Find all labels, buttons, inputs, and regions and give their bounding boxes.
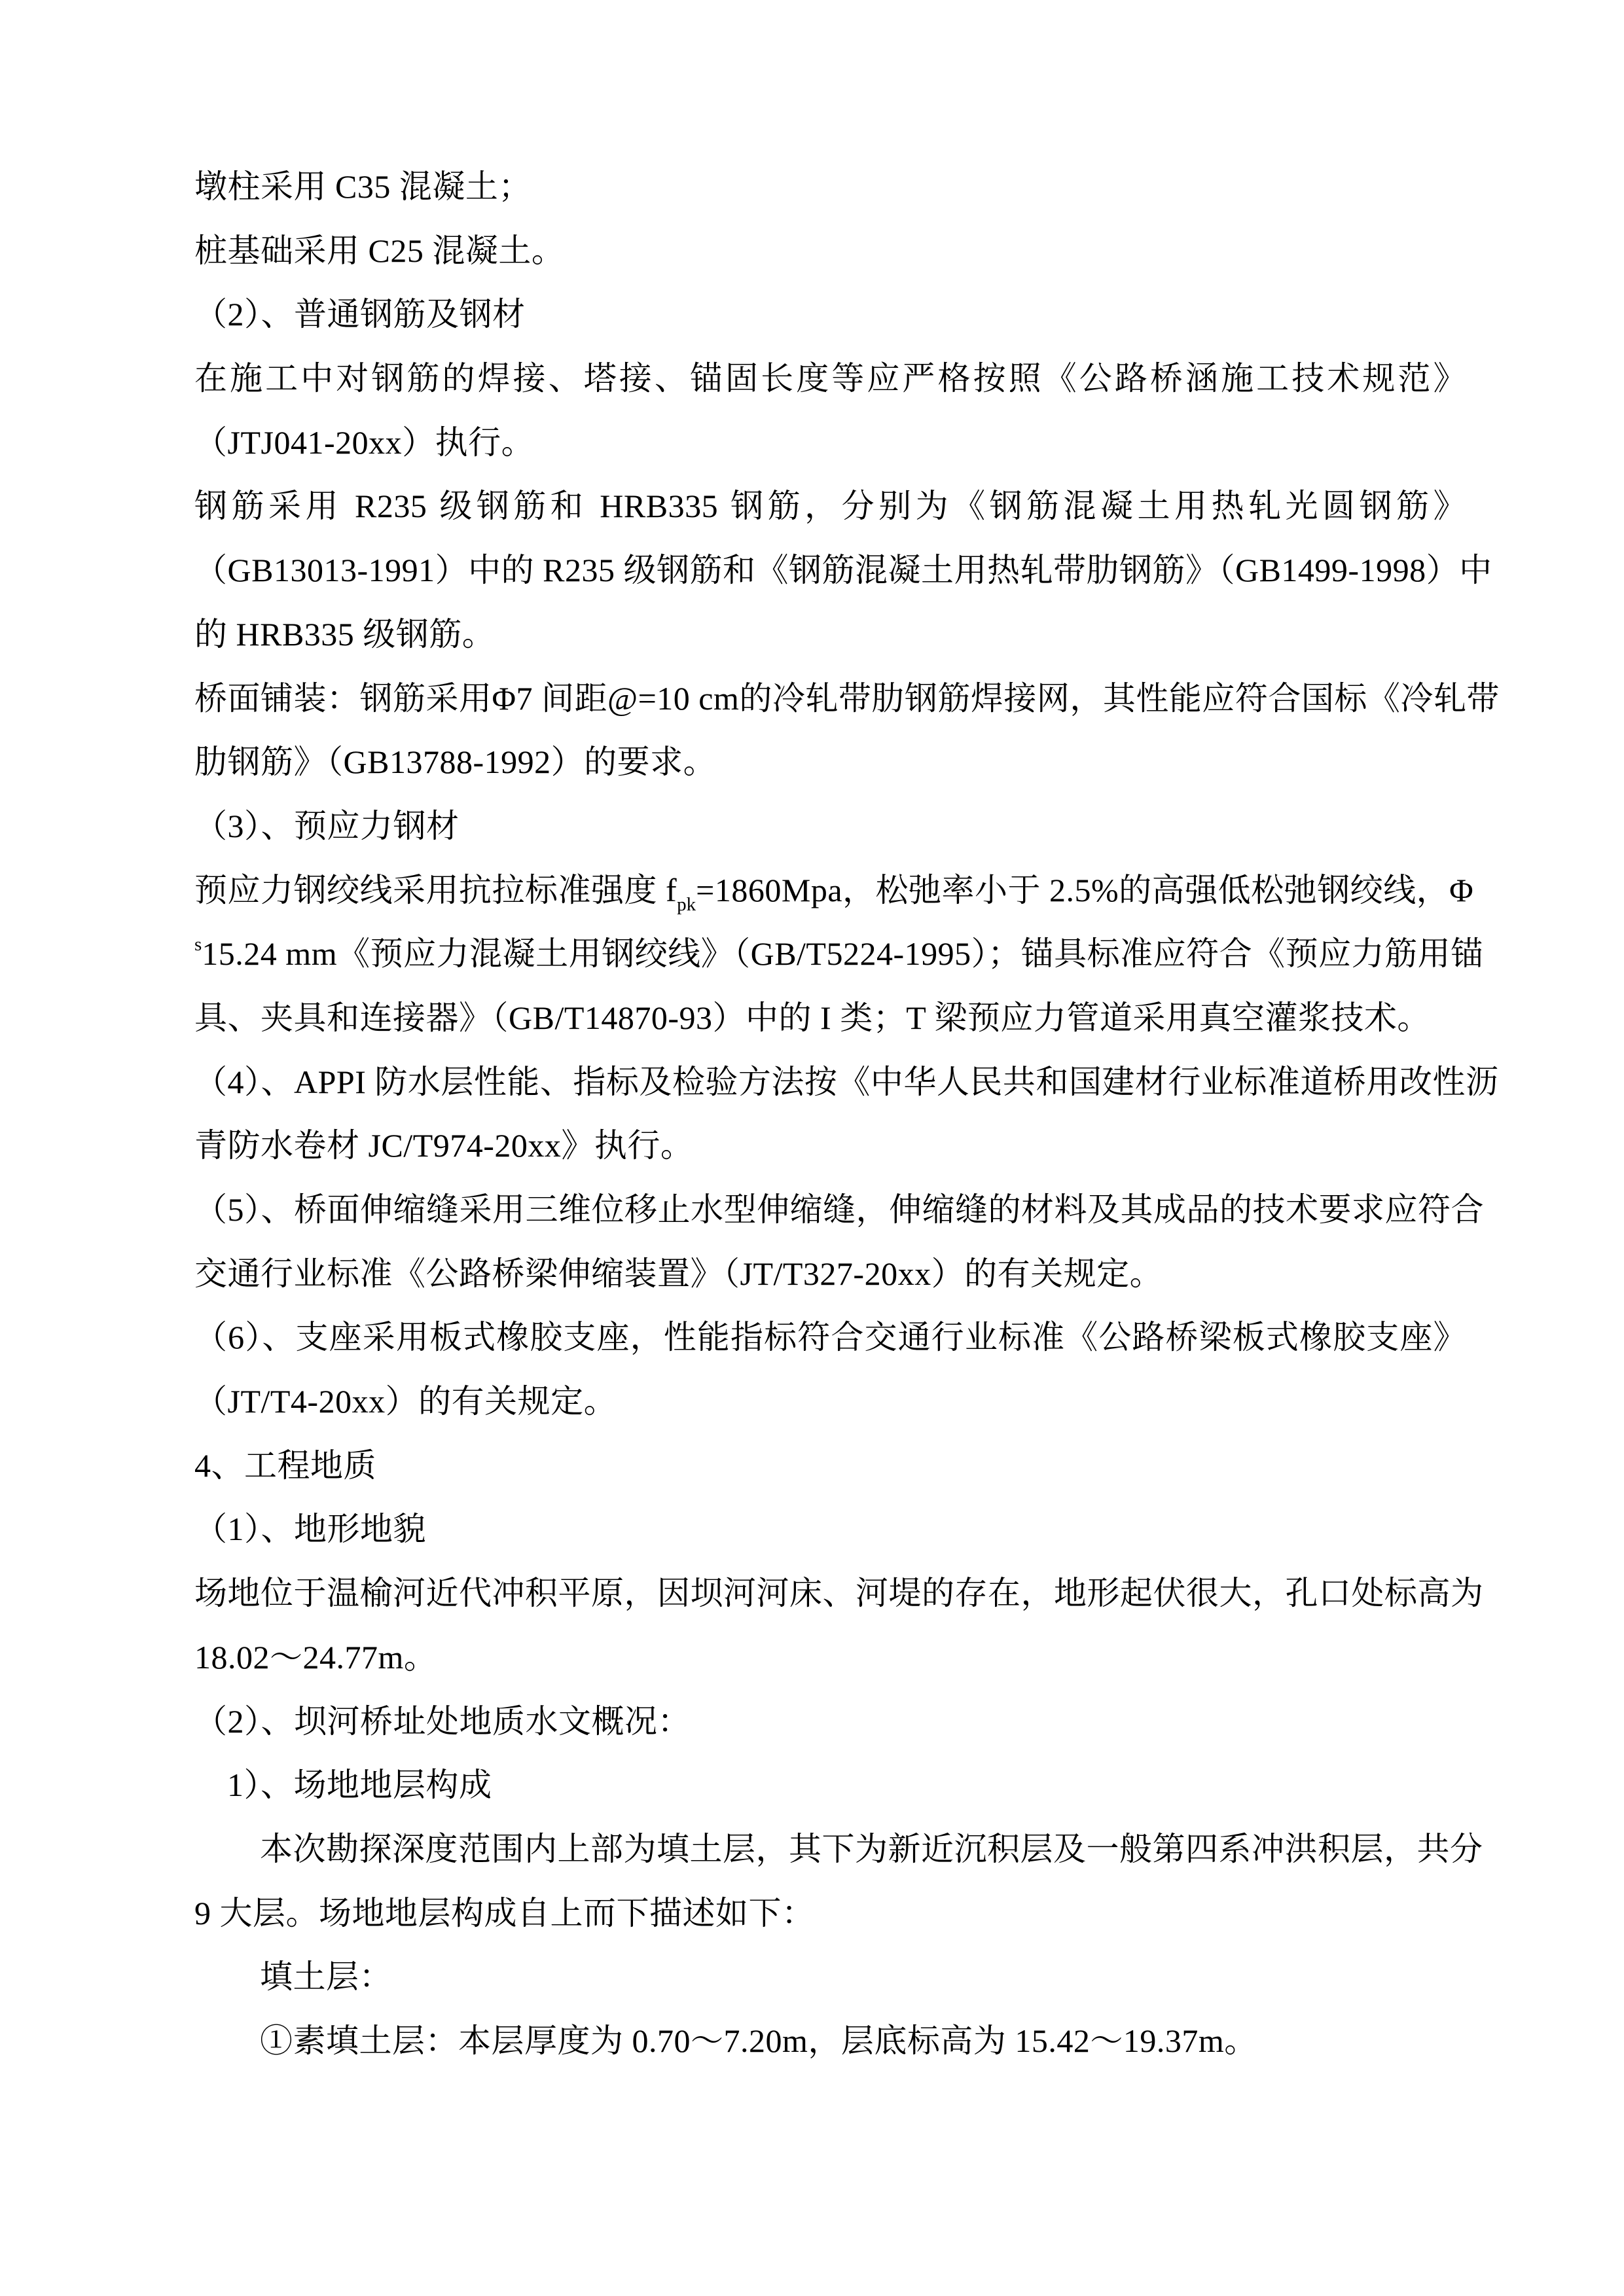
text-segment: （5）、桥面伸缩缝采用三维位移止水型伸缩缝，伸缩缝的材料及其成品的技术要求应符合: [194, 1191, 1484, 1228]
document-body: 墩柱采用 C35 混凝土；桩基础采用 C25 混凝土。（2）、普通钢筋及钢材在施…: [194, 155, 1466, 2073]
text-segment: 15.24 mm《预应力混凝土用钢绞线》（GB/T5224-1995）；锚具标准…: [202, 935, 1483, 972]
text-line: 肋钢筋》（GB13788-1992）的要求。: [194, 730, 1466, 795]
text-line: 桩基础采用 C25 混凝土。: [194, 219, 1466, 283]
text-line: （JT/T4-20xx）的有关规定。: [194, 1370, 1466, 1434]
text-line: （5）、桥面伸缩缝采用三维位移止水型伸缩缝，伸缩缝的材料及其成品的技术要求应符合: [194, 1178, 1466, 1242]
text-segment: 4、工程地质: [194, 1447, 376, 1484]
text-segment: （JTJ041-20xx）执行。: [194, 424, 534, 461]
text-segment: 9 大层。场地地层构成自上而下描述如下：: [194, 1895, 815, 1931]
text-segment: （3）、预应力钢材: [194, 808, 460, 844]
text-segment: 场地位于温榆河近代冲积平原，因坝河河床、河堤的存在，地形起伏很大，孔口处标高为: [194, 1575, 1484, 1611]
text-line: （2）、坝河桥址处地质水文概况：: [194, 1690, 1466, 1754]
text-line: （3）、预应力钢材: [194, 795, 1466, 859]
text-segment: （JT/T4-20xx）的有关规定。: [194, 1383, 617, 1420]
text-line: 18.02～24.77m。: [194, 1626, 1466, 1690]
text-line: ①素填土层：本层厚度为 0.70～7.20m，层底标高为 15.42～19.37…: [194, 2009, 1466, 2073]
text-line: （6）、支座采用板式橡胶支座，性能指标符合交通行业标准《公路桥梁板式橡胶支座》: [194, 1306, 1466, 1370]
text-line: （JTJ041-20xx）执行。: [194, 411, 1466, 475]
text-segment: 钢筋采用 R235 级钢筋和 HRB335 钢筋，分别为《钢筋混凝土用热轧光圆钢…: [194, 488, 1466, 524]
text-segment: 桥面铺装：钢筋采用Φ7 间距@=10 cm的冷轧带肋钢筋焊接网，其性能应符合国标…: [194, 680, 1500, 717]
text-segment: （2）、普通钢筋及钢材: [194, 296, 526, 332]
text-segment: 肋钢筋》（GB13788-1992）的要求。: [194, 744, 716, 780]
subscript-text: pk: [677, 894, 696, 915]
text-line: 场地位于温榆河近代冲积平原，因坝河河床、河堤的存在，地形起伏很大，孔口处标高为: [194, 1562, 1466, 1626]
text-line: 青防水卷材 JC/T974-20xx》执行。: [194, 1114, 1466, 1178]
text-segment: 预应力钢绞线采用抗拉标准强度 f: [194, 872, 677, 908]
text-line: 填土层：: [194, 1945, 1466, 2009]
text-segment: 的 HRB335 级钢筋。: [194, 616, 495, 653]
text-segment: （6）、支座采用板式橡胶支座，性能指标符合交通行业标准《公路桥梁板式橡胶支座》: [194, 1319, 1466, 1355]
text-segment: （1）、地形地貌: [194, 1511, 426, 1547]
text-segment: ①素填土层：本层厚度为 0.70～7.20m，层底标高为 15.42～19.37…: [260, 2022, 1257, 2059]
text-line: 具、夹具和连接器》（GB/T14870-93）中的 I 类；T 梁预应力管道采用…: [194, 986, 1466, 1050]
text-segment: 桩基础采用 C25 混凝土。: [194, 232, 564, 269]
text-line: （2）、普通钢筋及钢材: [194, 283, 1466, 347]
text-segment: =1860Mpa，松弛率小于 2.5%的高强低松弛钢绞线，Φ: [696, 872, 1473, 908]
text-segment: （GB13013-1991）中的 R235 级钢筋和《钢筋混凝土用热轧带肋钢筋》…: [194, 552, 1492, 588]
text-segment: 填土层：: [260, 1958, 392, 1995]
text-segment: 1）、场地地层构成: [227, 1767, 492, 1803]
text-segment: 交通行业标准《公路桥梁伸缩装置》（JT/T327-20xx）的有关规定。: [194, 1255, 1163, 1292]
superscript-text: s: [194, 934, 202, 955]
text-line: s15.24 mm《预应力混凝土用钢绞线》（GB/T5224-1995）；锚具标…: [194, 922, 1466, 986]
text-line: 1）、场地地层构成: [194, 1753, 1466, 1818]
text-segment: 在施工中对钢筋的焊接、塔接、锚固长度等应严格按照《公路桥涵施工技术规范》: [194, 360, 1466, 397]
text-segment: （4）、APPI 防水层性能、指标及检验方法按《中华人民共和国建材行业标准道桥用…: [194, 1064, 1498, 1100]
text-line: 交通行业标准《公路桥梁伸缩装置》（JT/T327-20xx）的有关规定。: [194, 1242, 1466, 1306]
text-line: 在施工中对钢筋的焊接、塔接、锚固长度等应严格按照《公路桥涵施工技术规范》: [194, 347, 1466, 411]
text-line: （GB13013-1991）中的 R235 级钢筋和《钢筋混凝土用热轧带肋钢筋》…: [194, 539, 1466, 603]
text-segment: 具、夹具和连接器》（GB/T14870-93）中的 I 类；T 梁预应力管道采用…: [194, 999, 1430, 1036]
text-line: （4）、APPI 防水层性能、指标及检验方法按《中华人民共和国建材行业标准道桥用…: [194, 1050, 1466, 1115]
text-segment: 墩柱采用 C35 混凝土；: [194, 168, 532, 205]
text-segment: 18.02～24.77m。: [194, 1639, 437, 1676]
text-line: 预应力钢绞线采用抗拉标准强度 fpk=1860Mpa，松弛率小于 2.5%的高强…: [194, 859, 1466, 923]
text-segment: 青防水卷材 JC/T974-20xx》执行。: [194, 1127, 693, 1164]
text-line: 的 HRB335 级钢筋。: [194, 603, 1466, 667]
text-segment: （2）、坝河桥址处地质水文概况：: [194, 1703, 691, 1740]
text-segment: 本次勘探深度范围内上部为填土层，其下为新近沉积层及一般第四系冲洪积层，共分: [260, 1831, 1483, 1867]
text-line: 9 大层。场地地层构成自上而下描述如下：: [194, 1882, 1466, 1946]
text-line: 墩柱采用 C35 混凝土；: [194, 155, 1466, 219]
text-line: 桥面铺装：钢筋采用Φ7 间距@=10 cm的冷轧带肋钢筋焊接网，其性能应符合国标…: [194, 667, 1466, 731]
text-line: 本次勘探深度范围内上部为填土层，其下为新近沉积层及一般第四系冲洪积层，共分: [194, 1818, 1466, 1882]
text-line: （1）、地形地貌: [194, 1498, 1466, 1562]
text-line: 4、工程地质: [194, 1434, 1466, 1498]
text-line: 钢筋采用 R235 级钢筋和 HRB335 钢筋，分别为《钢筋混凝土用热轧光圆钢…: [194, 475, 1466, 539]
document-page: 墩柱采用 C35 混凝土；桩基础采用 C25 混凝土。（2）、普通钢筋及钢材在施…: [0, 0, 1624, 2296]
